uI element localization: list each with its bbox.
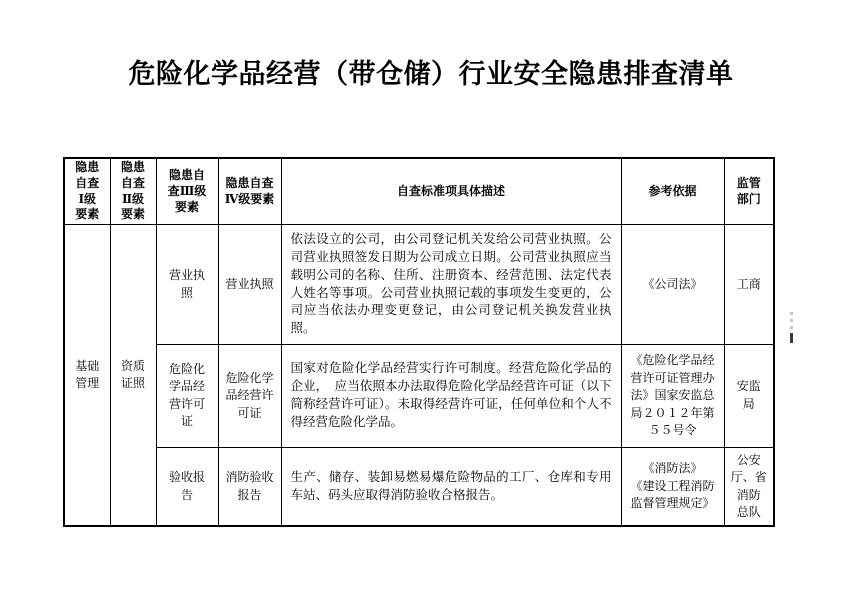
table-row: 危险化 学品经 营许可 证 危险化学 品经营许 可证 国家对危险化学品经营实行许… xyxy=(64,344,774,447)
cell-description: 依法设立的公司，由公司登记机关发给公司营业执照。公司营业执照签发日期为公司成立日… xyxy=(281,225,621,345)
header-supervising-department: 监管 部门 xyxy=(724,158,774,225)
header-level3-element: 隐患自 查Ⅲ级 要素 xyxy=(156,158,218,225)
artifact-bar xyxy=(790,333,793,343)
artifact-dot xyxy=(790,312,793,315)
cell-description: 国家对危险化学品经营实行许可制度。经营危险化学品的企业， 应当依照本办法取得危险… xyxy=(281,344,621,447)
table-row: 基础 管理 资质 证照 营业执 照 营业执照 依法设立的公司，由公司登记机关发给… xyxy=(64,225,774,345)
cell-reference: 《公司法》 xyxy=(621,225,724,345)
header-reference-basis: 参考依据 xyxy=(621,158,724,225)
header-level4-element: 隐患自查 Ⅳ级要素 xyxy=(218,158,281,225)
table-header-row: 隐患 自查 Ⅰ级 要素 隐患 自查 Ⅱ级 要素 隐患自 查Ⅲ级 要素 隐患自查 … xyxy=(64,158,774,225)
cell-reference: 《危险化学品经 营许可证管理办 法》国家安监总 局２０１２年第 ５５号令 xyxy=(621,344,724,447)
cell-reference: 《消防法》 《建设工程消防 监督管理规定》 xyxy=(621,447,724,526)
cell-level3: 营业执 照 xyxy=(156,225,218,345)
hazard-inspection-table: 隐患 自查 Ⅰ级 要素 隐患 自查 Ⅱ级 要素 隐患自 查Ⅲ级 要素 隐患自查 … xyxy=(63,157,775,527)
cell-department: 公安 厅、省 消防 总队 xyxy=(724,447,774,526)
page-title: 危险化学品经营（带仓储）行业安全隐患排查清单 xyxy=(0,52,862,91)
page-artifact-marks xyxy=(790,312,794,343)
cell-department: 工商 xyxy=(724,225,774,345)
cell-level4: 消防验收 报告 xyxy=(218,447,281,526)
header-standard-description: 自查标准项具体描述 xyxy=(281,158,621,225)
header-level2-element: 隐患 自查 Ⅱ级 要素 xyxy=(110,158,156,225)
cell-description: 生产、储存、装卸易燃易爆危险物品的工厂、仓库和专用车站、码头应取得消防验收合格报… xyxy=(281,447,621,526)
table-row: 验收报 告 消防验收 报告 生产、储存、装卸易燃易爆危险物品的工厂、仓库和专用车… xyxy=(64,447,774,526)
cell-level2-qualification-license: 资质 证照 xyxy=(110,225,156,527)
cell-level1-basic-management: 基础 管理 xyxy=(64,225,110,527)
cell-level3: 危险化 学品经 营许可 证 xyxy=(156,344,218,447)
cell-level3: 验收报 告 xyxy=(156,447,218,526)
cell-level4: 营业执照 xyxy=(218,225,281,345)
cell-level4: 危险化学 品经营许 可证 xyxy=(218,344,281,447)
artifact-dot xyxy=(790,326,793,329)
header-level1-element: 隐患 自查 Ⅰ级 要素 xyxy=(64,158,110,225)
cell-department: 安监 局 xyxy=(724,344,774,447)
artifact-dot xyxy=(790,319,793,322)
